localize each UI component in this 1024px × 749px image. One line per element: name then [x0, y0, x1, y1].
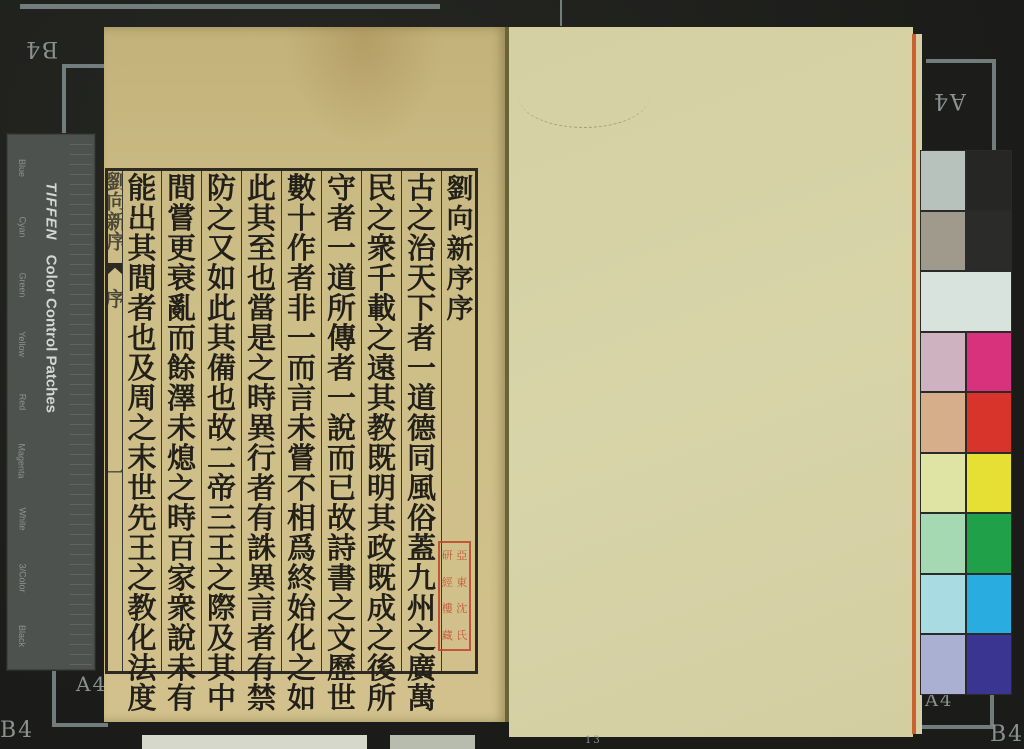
text-char: 備 [207, 353, 236, 383]
seal-char: 亞 [455, 543, 470, 570]
text-char: 民 [367, 173, 396, 203]
seal-char: 東 [455, 570, 470, 597]
text-char: 故 [327, 503, 356, 533]
text-char: 其 [207, 653, 236, 683]
text-char: 言 [287, 383, 316, 413]
text-char: 世 [127, 473, 156, 503]
text-char: 嘗 [167, 203, 196, 233]
text-char: 其 [247, 203, 276, 233]
book-gutter [505, 27, 509, 722]
text-char: 序 [447, 265, 474, 295]
ruler-title: Color Control Patches [43, 255, 60, 413]
text-char: 下 [407, 293, 436, 323]
text-char: 作 [287, 233, 316, 263]
text-char: 俗 [407, 503, 436, 533]
text-char: 更 [167, 233, 196, 263]
color-patch [966, 150, 1012, 211]
text-char: 者 [247, 473, 276, 503]
text-char: 未 [167, 653, 196, 683]
text-column-1: 古之治天下者一道德同風俗蓋九州之廣萬 [401, 171, 441, 671]
text-char: 同 [407, 443, 436, 473]
frame-line-top-left-corner [62, 64, 106, 138]
text-char: 載 [367, 293, 396, 323]
text-char: 一 [407, 353, 436, 383]
text-char: 異 [247, 563, 276, 593]
bottom-tab-left [142, 735, 367, 749]
text-char: 防 [207, 173, 236, 203]
text-char: 教 [127, 593, 156, 623]
text-char: 詩 [327, 533, 356, 563]
text-char: 已 [327, 473, 356, 503]
text-column-6: 防之又如此其備也故二帝三王之際及其中 [201, 171, 241, 671]
text-char: 有 [247, 653, 276, 683]
ruler-label: Black [0, 625, 47, 647]
color-patch [920, 150, 966, 211]
text-char: 言 [247, 593, 276, 623]
text-char: 既 [367, 443, 396, 473]
water-stain [284, 27, 444, 147]
mark-bottom-center-number: 13 [585, 735, 602, 746]
text-char: 守 [327, 173, 356, 203]
text-char: 爲 [287, 533, 316, 563]
color-patch-chart [920, 150, 1012, 696]
text-char: 化 [287, 623, 316, 653]
text-char: 故 [207, 413, 236, 443]
text-char: 之 [167, 473, 196, 503]
text-char: 州 [407, 593, 436, 623]
text-char: 有 [167, 683, 196, 713]
text-char: 衰 [167, 263, 196, 293]
text-char: 新 [447, 235, 474, 265]
text-char: 之 [367, 623, 396, 653]
text-char: 傳 [327, 323, 356, 353]
ruler-brand: TIFFEN Color Control Patches [43, 182, 60, 622]
text-char: 異 [247, 413, 276, 443]
text-char: 教 [367, 413, 396, 443]
text-char: 度 [127, 683, 156, 713]
printed-text-block: 劉向新序序 古之治天下者一道德同風俗蓋九州之廣萬 民之衆千載之遠其教既明其政既成… [105, 168, 478, 674]
text-char: 數 [287, 173, 316, 203]
color-patch [920, 392, 966, 453]
text-char: 此 [207, 293, 236, 323]
text-char: 明 [367, 473, 396, 503]
text-char: 者 [327, 203, 356, 233]
text-char: 衆 [367, 233, 396, 263]
text-char: 間 [127, 263, 156, 293]
color-patch [920, 634, 966, 695]
text-char: 王 [127, 533, 156, 563]
text-char: 時 [247, 383, 276, 413]
ruler-label: Green [0, 272, 47, 297]
text-char: 未 [287, 413, 316, 443]
text-char: 蓋 [407, 533, 436, 563]
text-char: 世 [327, 683, 356, 713]
text-char: 之 [367, 203, 396, 233]
text-char: 不 [287, 473, 316, 503]
bottom-tab-right [390, 735, 475, 749]
text-char: 向 [447, 205, 474, 235]
banxin-page-number: 一 [108, 461, 122, 485]
text-char: 其 [127, 233, 156, 263]
text-char: 及 [207, 623, 236, 653]
text-char: 書 [327, 563, 356, 593]
text-char: 九 [407, 563, 436, 593]
seal-char: 氏 [455, 623, 470, 650]
ruler-label: White [0, 507, 47, 530]
text-char: 中 [207, 683, 236, 713]
text-char: 如 [207, 263, 236, 293]
text-char: 有 [247, 503, 276, 533]
color-patch [966, 634, 1012, 695]
text-char: 所 [327, 293, 356, 323]
text-char: 也 [207, 383, 236, 413]
text-char: 序 [447, 295, 474, 325]
color-patch [920, 211, 966, 272]
ruler-label: Yellow [0, 331, 47, 357]
ruler-label: Red [0, 394, 47, 411]
text-char: 者 [287, 263, 316, 293]
color-patch [966, 574, 1012, 635]
text-char: 是 [247, 323, 276, 353]
text-char: 當 [247, 293, 276, 323]
text-char: 又 [207, 233, 236, 263]
frame-line-top [20, 4, 440, 9]
text-char: 及 [127, 353, 156, 383]
text-char: 其 [367, 383, 396, 413]
text-column-3: 守者一道所傳者一說而已故詩書之文歷世 [321, 171, 361, 671]
seal-char: 研 [440, 543, 455, 570]
tiffen-logo: TIFFEN [43, 182, 60, 241]
text-char: 文 [327, 623, 356, 653]
text-char: 千 [367, 263, 396, 293]
text-char: 相 [287, 503, 316, 533]
page-crease [519, 67, 649, 128]
text-char: 之 [407, 623, 436, 653]
text-char: 之 [207, 563, 236, 593]
ruler-color-labels: Blue Cyan Green Yellow Red Magenta White… [12, 143, 32, 661]
banxin-title: 劉向新序 [108, 171, 122, 251]
color-patch [966, 332, 1012, 393]
text-char: 劉 [447, 175, 474, 205]
text-char: 歷 [327, 653, 356, 683]
text-char: 十 [287, 203, 316, 233]
text-char: 嘗 [287, 443, 316, 473]
text-char: 道 [407, 383, 436, 413]
text-char: 一 [287, 323, 316, 353]
text-char: 二 [207, 443, 236, 473]
seal-char: 經 [440, 570, 455, 597]
text-char: 之 [367, 323, 396, 353]
text-char: 終 [287, 563, 316, 593]
mark-bottom-left-a: A4 [76, 672, 107, 696]
text-column-7: 間嘗更衰亂而餘澤未熄之時百家衆說未有 [161, 171, 201, 671]
text-char: 化 [127, 623, 156, 653]
text-char: 行 [247, 443, 276, 473]
text-char: 政 [367, 533, 396, 563]
mark-bottom-right-b: B4 [990, 722, 1024, 747]
text-char: 之 [407, 203, 436, 233]
text-char: 先 [127, 503, 156, 533]
text-char: 際 [207, 593, 236, 623]
text-char: 時 [167, 503, 196, 533]
text-char: 之 [127, 563, 156, 593]
text-char: 者 [127, 293, 156, 323]
text-char: 者 [247, 623, 276, 653]
text-char: 德 [407, 413, 436, 443]
text-char: 之 [247, 353, 276, 383]
text-char: 其 [367, 503, 396, 533]
text-char: 周 [127, 383, 156, 413]
ruler-label: Cyan [0, 216, 47, 237]
mark-top-right: A4 [932, 88, 966, 113]
text-char: 廣 [407, 653, 436, 683]
text-char: 禁 [247, 683, 276, 713]
text-char: 王 [207, 533, 236, 563]
seal-char: 沈 [455, 596, 470, 623]
text-char: 道 [327, 263, 356, 293]
color-patch [966, 392, 1012, 453]
text-char: 治 [407, 233, 436, 263]
text-char: 家 [167, 563, 196, 593]
text-char: 天 [407, 263, 436, 293]
text-char: 末 [127, 443, 156, 473]
text-char: 三 [207, 503, 236, 533]
collector-seal: 研亞經東樓沈藏氏 [438, 541, 471, 651]
mark-bottom-left-b: B4 [0, 718, 34, 743]
seal-char: 藏 [440, 623, 455, 650]
text-char: 百 [167, 533, 196, 563]
text-char: 說 [167, 623, 196, 653]
color-patch [920, 574, 966, 635]
text-char: 萬 [407, 683, 436, 713]
text-char: 誅 [247, 533, 276, 563]
text-char: 澤 [167, 383, 196, 413]
color-patch [920, 271, 1012, 332]
fish-tail-mark [108, 263, 122, 275]
text-char: 後 [367, 653, 396, 683]
text-char: 亂 [167, 293, 196, 323]
text-char: 此 [247, 173, 276, 203]
text-char: 之 [207, 203, 236, 233]
text-char: 能 [127, 173, 156, 203]
text-column-4: 數十作者非一而言未嘗不相爲終始化之如 [281, 171, 321, 671]
ruler-label: Blue [0, 159, 47, 177]
color-patch [966, 513, 1012, 574]
text-char: 一 [327, 233, 356, 263]
color-patch [966, 211, 1012, 272]
text-char: 遠 [367, 353, 396, 383]
text-char: 之 [127, 413, 156, 443]
mark-top-left: B4 [24, 36, 58, 61]
tiffen-color-control-strip: Blue Cyan Green Yellow Red Magenta White… [7, 134, 95, 670]
text-char: 成 [367, 593, 396, 623]
text-char: 者 [407, 323, 436, 353]
text-char: 既 [367, 563, 396, 593]
text-char: 始 [287, 593, 316, 623]
text-char: 之 [287, 653, 316, 683]
text-char: 至 [247, 233, 276, 263]
text-char: 其 [207, 323, 236, 353]
color-patch [966, 453, 1012, 514]
color-patch [920, 513, 966, 574]
text-char: 而 [167, 323, 196, 353]
color-patch [920, 332, 966, 393]
text-char: 衆 [167, 593, 196, 623]
text-char: 所 [367, 683, 396, 713]
text-char: 而 [327, 443, 356, 473]
text-char: 帝 [207, 473, 236, 503]
text-char: 也 [127, 323, 156, 353]
text-char: 古 [407, 173, 436, 203]
right-page-blank [509, 27, 913, 737]
text-char: 出 [127, 203, 156, 233]
text-column-2: 民之衆千載之遠其教既明其政既成之後所 [361, 171, 401, 671]
color-patch [920, 453, 966, 514]
text-column-8: 能出其間者也及周之末世先王之教化法度 [122, 171, 161, 671]
text-char: 未 [167, 413, 196, 443]
text-column-5: 此其至也當是之時異行者有誅異言者有禁 [241, 171, 281, 671]
text-char: 者 [327, 353, 356, 383]
text-char: 之 [327, 593, 356, 623]
banxin-column: 劉向新序 序 一 [108, 171, 122, 671]
banxin-section: 序 [108, 287, 122, 311]
text-char: 間 [167, 173, 196, 203]
text-char: 一 [327, 383, 356, 413]
ruler-label: Magenta [0, 443, 47, 478]
text-char: 非 [287, 293, 316, 323]
ruler-label: 3/Color [0, 563, 47, 592]
text-char: 也 [247, 263, 276, 293]
seal-char: 樓 [440, 596, 455, 623]
text-char: 法 [127, 653, 156, 683]
ruler-ticks [70, 135, 92, 669]
text-char: 如 [287, 683, 316, 713]
text-char: 而 [287, 353, 316, 383]
text-char: 熄 [167, 443, 196, 473]
text-char: 說 [327, 413, 356, 443]
text-char: 餘 [167, 353, 196, 383]
text-char: 風 [407, 473, 436, 503]
frame-line-top-center [560, 0, 562, 26]
